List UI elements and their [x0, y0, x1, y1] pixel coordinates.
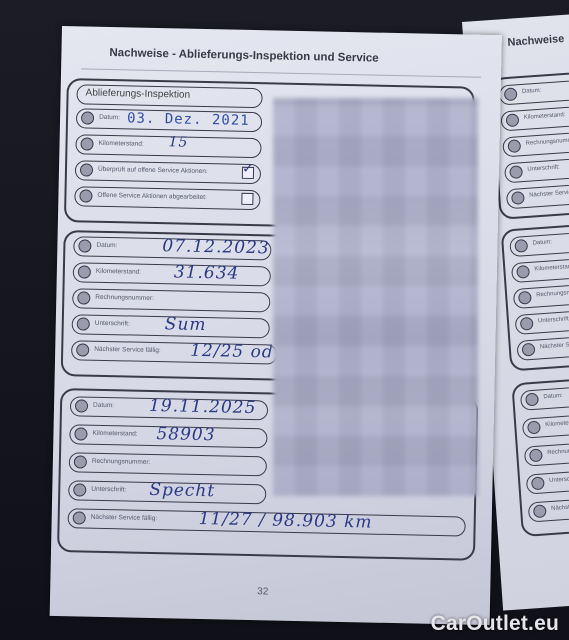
- right-section-2: Datum: Kilometerstand: Rechnungsnummer: …: [501, 220, 569, 372]
- field: Datum:: [509, 227, 569, 258]
- bullet-icon: [527, 421, 541, 435]
- checkbox-unchecked: [241, 193, 253, 205]
- field: Kilometerstand:: [500, 101, 569, 132]
- bullet-icon: [529, 448, 543, 462]
- bullet-icon: [81, 111, 94, 124]
- bullet-icon: [78, 239, 91, 252]
- bullet-icon: [504, 87, 518, 101]
- date-stamp: 03. Dez. 2021: [127, 110, 250, 129]
- bullet-icon: [78, 265, 91, 278]
- redacted-stamp-area: [273, 98, 478, 496]
- checkbox-checked: ✓: [242, 167, 254, 179]
- bullet-icon: [506, 113, 520, 127]
- field-kilometerstand: Kilometerstand: 15: [75, 134, 261, 158]
- field: Datum:: [499, 75, 569, 106]
- field: Unterschrift:: [526, 464, 569, 495]
- bullet-icon: [518, 291, 532, 305]
- bullet-icon: [531, 476, 545, 490]
- field: Rechnungsnummer:: [524, 436, 569, 467]
- bullet-icon: [73, 483, 86, 496]
- field: Kilometerstand:: [511, 253, 569, 284]
- bullet-icon: [77, 291, 90, 304]
- field-kilometerstand: Kilometerstand: 31.634: [73, 262, 271, 286]
- right-page-title: Nachweise: [507, 33, 565, 49]
- checkmark-icon: ✓: [242, 160, 254, 177]
- bullet-icon: [75, 399, 88, 412]
- bullet-icon: [514, 239, 528, 253]
- bullet-icon: [520, 317, 534, 331]
- bullet-icon: [74, 455, 87, 468]
- field-open-service-actions: Offene Service Aktionen abgearbeitet:: [74, 186, 260, 210]
- bullet-icon: [511, 191, 525, 205]
- field-datum: Datum: 03. Dez. 2021: [76, 108, 262, 132]
- field-next-service: Nächster Service fällig: 12/25 od: [71, 340, 277, 364]
- field: Nächster Service fällig:: [528, 492, 569, 523]
- pixelation: [273, 98, 478, 496]
- field: Unterschrift:: [504, 153, 569, 184]
- watermark-logo: CarOutlet.eu: [431, 612, 559, 636]
- signature: Sum: [165, 314, 207, 335]
- delivery-inspection-header: Ablieferungs-Inspektion: [76, 84, 262, 108]
- field: Nächster Service fällig:: [506, 179, 569, 210]
- bullet-icon: [507, 139, 521, 153]
- title-divider: [81, 68, 481, 77]
- field-next-service: Nächster Service fällig: 11/27 / 98.903 …: [67, 508, 465, 536]
- field: Nächster Service fällig:: [516, 330, 569, 361]
- field-datum: Datum: 19.11.2025: [70, 396, 268, 420]
- page-number: 32: [257, 586, 268, 597]
- bullet-icon: [74, 427, 87, 440]
- field: Kilometerstand:: [522, 408, 569, 439]
- bullet-icon: [522, 343, 536, 357]
- bullet-icon: [73, 511, 86, 524]
- bullet-icon: [516, 265, 530, 279]
- bullet-icon: [80, 137, 93, 150]
- field-checked-service-actions: Überprüft auf offene Service Aktionen: ✓: [75, 160, 261, 184]
- field: Datum:: [520, 380, 569, 411]
- field-rechnungsnummer: Rechnungsnummer:: [69, 452, 267, 476]
- bullet-icon: [525, 393, 539, 407]
- field-unterschrift: Unterschrift: Sum: [72, 314, 270, 338]
- field-unterschrift: Unterschrift: Specht: [68, 480, 266, 504]
- field: Rechnungsnummer:: [502, 127, 569, 158]
- right-section-3: Datum: Kilometerstand: Rechnungsnummer: …: [511, 373, 569, 537]
- field-datum: Datum: 07.12.2023: [73, 236, 271, 260]
- bullet-icon: [76, 343, 89, 356]
- bullet-icon: [77, 317, 90, 330]
- signature: Specht: [149, 480, 215, 501]
- bullet-icon: [509, 165, 523, 179]
- field: Unterschrift:: [515, 304, 569, 335]
- bullet-icon: [79, 189, 92, 202]
- bullet-icon: [533, 504, 547, 518]
- page-title: Nachweise - Ablieferungs-Inspektion und …: [109, 47, 378, 65]
- right-section-1: Datum: Kilometerstand: Rechnungsnummer: …: [490, 68, 569, 220]
- bullet-icon: [80, 163, 93, 176]
- field: Rechnungsnummer:: [513, 279, 569, 310]
- field-kilometerstand: Kilometerstand: 58903: [69, 424, 267, 448]
- field-rechnungsnummer: Rechnungsnummer:: [72, 288, 270, 312]
